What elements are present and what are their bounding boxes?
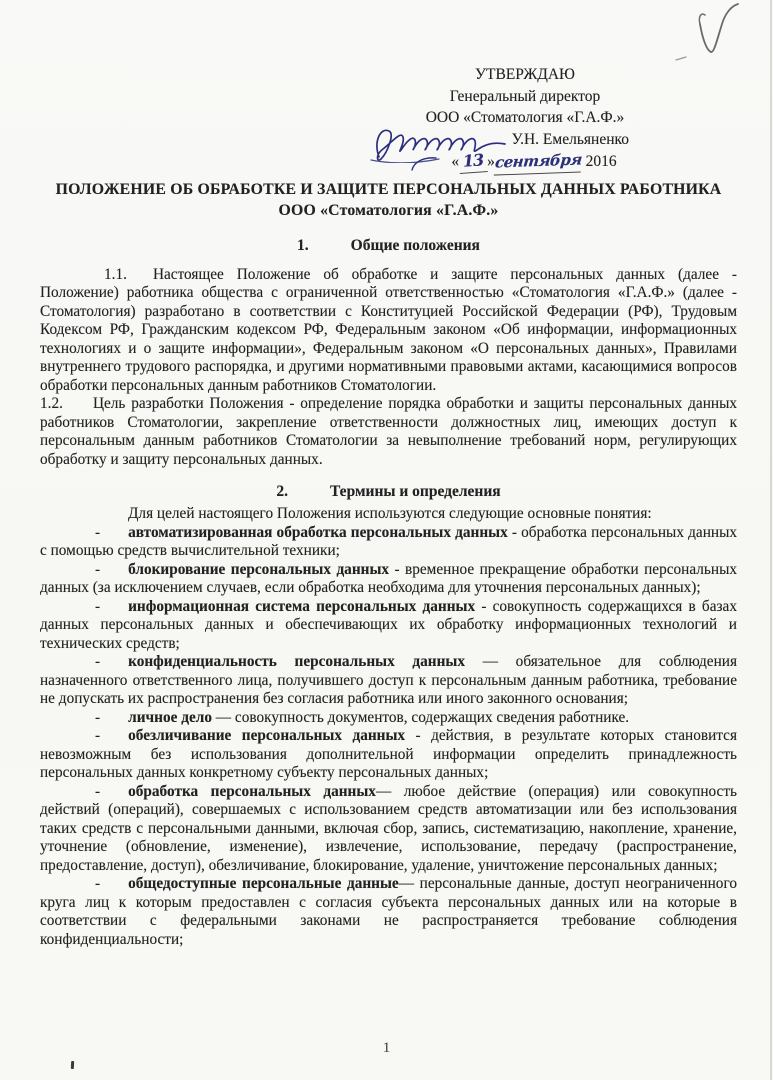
bullet-dash: - [95, 524, 100, 541]
section-2-body: Для целей настоящего Положения использую… [40, 505, 737, 949]
bullet-dash: - [95, 875, 100, 892]
approval-company: ООО «Стоматология «Г.А.Ф.» [375, 107, 675, 129]
section-1-number: 1. [297, 237, 309, 254]
page-number: 1 [0, 1040, 773, 1057]
paragraph-1-2: 1.2.Цель разработки Положения - определе… [40, 395, 737, 469]
section-2-heading: 2.Термины и определения [40, 482, 737, 501]
definitions-intro: Для целей настоящего Положения использую… [40, 505, 737, 524]
definition-item-depersonalization: -обезличивание персональных данных - дей… [40, 727, 737, 783]
approval-word: УТВЕРЖДАЮ [375, 64, 675, 86]
section-2-number: 2. [276, 483, 288, 500]
paragraph-1-2-text: Цель разработки Положения - определение … [40, 395, 737, 468]
definition-term: обработка персональных данных [128, 783, 376, 800]
paragraph-1-1-text: Настоящее Положение об обработке и защит… [40, 266, 737, 394]
definition-item-processing: -обработка персональных данных— любое де… [40, 783, 737, 876]
definition-term: обезличивание персональных данных [128, 727, 405, 744]
approval-role: Генеральный директор [375, 86, 675, 108]
section-1-heading: 1.Общие положения [40, 236, 737, 255]
section-1-title: Общие положения [351, 237, 480, 254]
handwritten-day: 13 [458, 149, 488, 173]
definition-term: конфиденциальность персональных данных [128, 653, 465, 670]
section-2-title: Термины и определения [330, 483, 501, 500]
definition-item-confidentiality: -конфиденциальность персональных данных … [40, 653, 737, 709]
date-flourish-icon [411, 156, 437, 172]
signature-line: У.Н. Емельяненко [375, 129, 675, 151]
handwritten-month: сентября [494, 149, 583, 175]
bullet-dash: - [95, 561, 100, 578]
paragraph-1-2-number: 1.2. [40, 395, 63, 412]
paragraph-1-1-number: 1.1. [104, 266, 127, 283]
ink-speck [71, 1061, 74, 1069]
approval-date-line: «13»сентября2016 [375, 150, 675, 174]
definition-term: общедоступные персональные данные [128, 875, 399, 892]
bullet-dash: - [95, 783, 100, 800]
document-title: ПОЛОЖЕНИЕ ОБ ОБРАБОТКЕ И ЗАЩИТЕ ПЕРСОНАЛ… [40, 179, 737, 221]
bullet-dash: - [95, 653, 100, 670]
definition-term: автоматизированная обработка персональны… [128, 524, 508, 541]
bullet-dash: - [95, 727, 100, 744]
definition-term: информационная система персональных данн… [128, 598, 475, 615]
paragraph-1-1: 1.1.Настоящее Положение об обработке и з… [40, 266, 737, 396]
signatory-name: У.Н. Емельяненко [512, 131, 629, 148]
definition-item-blocking: -блокирование персональных данных - врем… [40, 561, 737, 598]
definition-item-public-data: -общедоступные персональные данные— перс… [40, 875, 737, 949]
date-year: 2016 [586, 153, 617, 170]
definition-text: — совокупность документов, содержащих св… [212, 709, 629, 726]
definition-item-personal-file: -личное дело — совокупность документов, … [40, 709, 737, 728]
checkmark-icon [662, 2, 752, 72]
section-1-body: 1.1.Настоящее Положение об обработке и з… [40, 266, 737, 470]
definition-item-automated-processing: -автоматизированная обработка персональн… [40, 524, 737, 561]
approval-block: УТВЕРЖДАЮ Генеральный директор ООО «Стом… [375, 64, 675, 174]
scanned-document-page: УТВЕРЖДАЮ Генеральный директор ООО «Стом… [0, 0, 773, 1080]
definition-item-information-system: -информационная система персональных дан… [40, 598, 737, 654]
definition-term: блокирование персональных данных [128, 561, 389, 578]
document-title-line2: ООО «Стоматология «Г.А.Ф.» [40, 200, 737, 221]
bullet-dash: - [95, 709, 100, 726]
definition-term: личное дело [128, 709, 212, 726]
document-title-line1: ПОЛОЖЕНИЕ ОБ ОБРАБОТКЕ И ЗАЩИТЕ ПЕРСОНАЛ… [40, 179, 737, 200]
bullet-dash: - [95, 598, 100, 615]
